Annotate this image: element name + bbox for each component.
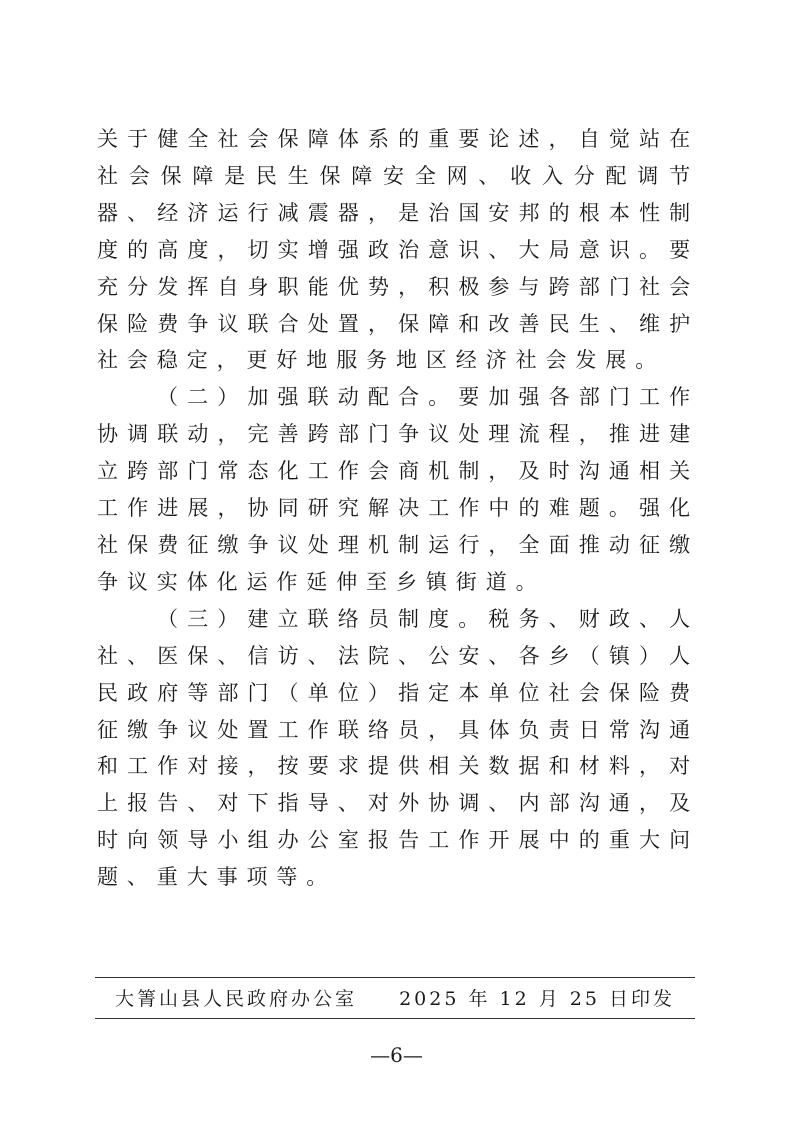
footer-top-rule bbox=[95, 977, 695, 978]
page-number: —6— bbox=[0, 1042, 793, 1068]
section-heading: （二）加强联动配合。 bbox=[157, 385, 458, 409]
footer-bottom-rule bbox=[95, 1018, 695, 1019]
paragraph-social-security-importance: 关于健全社会保障体系的重要论述，自觉站在社会保障是民生保障安全网、收入分配调节器… bbox=[97, 121, 699, 379]
paragraph-text: 要加强各部门工作协调联动，完善跨部门争议处理流程，推进建立跨部门常态化工作会商机… bbox=[97, 385, 699, 594]
paragraph-strengthen-coordination: （二）加强联动配合。要加强各部门工作协调联动，完善跨部门争议处理流程，推进建立跨… bbox=[97, 379, 699, 600]
paragraph-text: 税务、财政、人社、医保、信访、法院、公安、各乡（镇）人民政府等部门（单位）指定本… bbox=[97, 607, 699, 889]
paragraph-text: 关于健全社会保障体系的重要论述，自觉站在社会保障是民生保障安全网、收入分配调节器… bbox=[97, 127, 699, 372]
document-page: 关于健全社会保障体系的重要论述，自觉站在社会保障是民生保障安全网、收入分配调节器… bbox=[0, 0, 793, 1122]
footer-issue-date: 2025 年 12 月 25 日印发 bbox=[399, 986, 675, 1012]
section-heading: （三）建立联络员制度。 bbox=[157, 607, 488, 631]
footer-issuer: 大箐山县人民政府办公室 bbox=[115, 986, 357, 1012]
paragraph-liaison-system: （三）建立联络员制度。税务、财政、人社、医保、信访、法院、公安、各乡（镇）人民政… bbox=[97, 601, 699, 896]
document-body: 关于健全社会保障体系的重要论述，自觉站在社会保障是民生保障安全网、收入分配调节器… bbox=[97, 121, 699, 896]
